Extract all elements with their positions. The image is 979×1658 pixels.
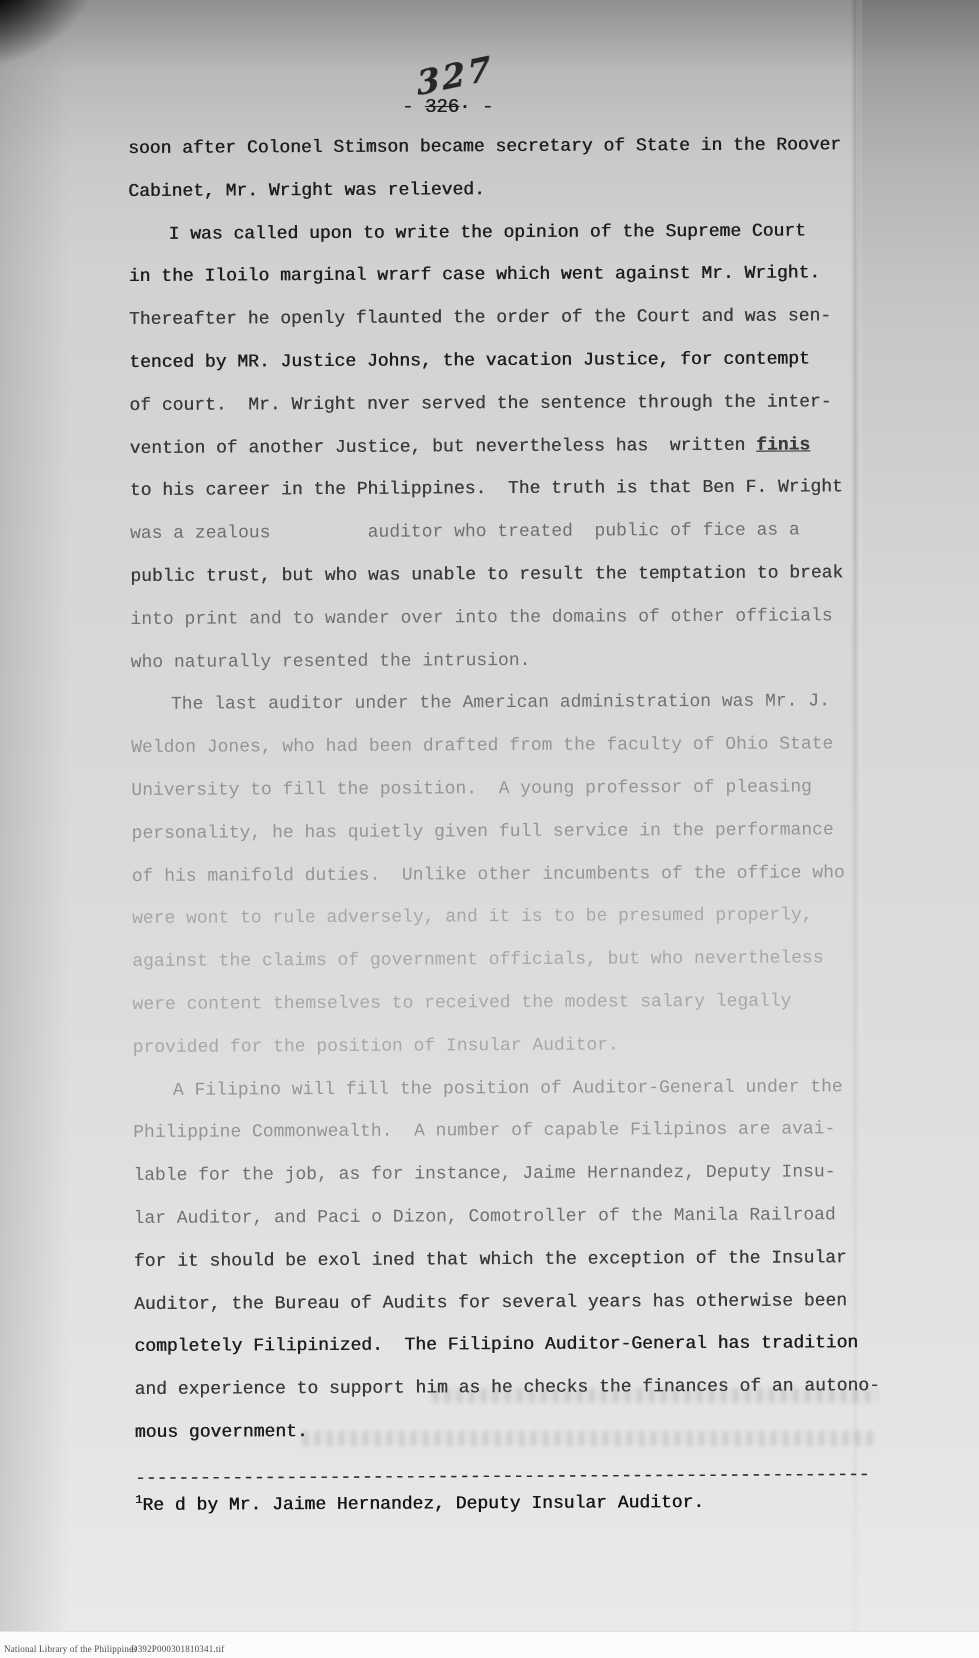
text-line: tenced by MR. Justice Johns, the vacatio…: [129, 349, 899, 396]
text-line: were wont to rule adversely, and it is t…: [132, 905, 902, 952]
text-line: of court. Mr. Wright nver served the sen…: [129, 392, 899, 439]
text-line: who naturally resented the intrusion.: [131, 649, 901, 696]
footnote-text: Re d by Mr. Jaime Hernandez, Deputy Insu…: [142, 1493, 704, 1516]
text-line: was a zealous auditor who treated public…: [130, 520, 900, 567]
text-line: personality, he has quietly given full s…: [132, 820, 902, 867]
text-line: were content themselves to received the …: [132, 991, 902, 1038]
library-name: National Library of the Philippines: [4, 1644, 137, 1654]
footnote: 1Re d by Mr. Jaime Hernandez, Deputy Ins…: [135, 1489, 905, 1516]
document-lines: soon after Colonel Stimson became secret…: [128, 135, 905, 1466]
text-line: in the Iloilo marginal wrarf case which …: [129, 263, 899, 310]
text-line: Philippine Commonwealth. A number of cap…: [133, 1119, 903, 1166]
text-line: for it should be exol ined that which th…: [134, 1248, 904, 1295]
ink-smudge: [302, 1431, 874, 1446]
typed-page-number-struck: 326: [425, 96, 459, 118]
text-line: Weldon Jones, who had been drafted from …: [131, 734, 901, 781]
text-line: Thereafter he openly flaunted the order …: [129, 306, 899, 353]
text-line: against the claims of government officia…: [132, 948, 902, 995]
text-line: The last auditor under the American admi…: [131, 691, 901, 738]
underlined-word: finis: [756, 435, 810, 455]
text-line: completely Filipinized. The Filipino Aud…: [134, 1333, 904, 1380]
typed-page-number: - 326· -: [402, 96, 493, 118]
text-line: public trust, but who was unable to resu…: [130, 563, 900, 610]
scan-footer-bar: National Library of the Philippines D392…: [0, 1631, 979, 1658]
text-line: Auditor, the Bureau of Audits for severa…: [134, 1290, 904, 1337]
document-body: soon after Colonel Stimson became secret…: [128, 135, 905, 1516]
text-line: lable for the job, as for instance, Jaim…: [133, 1162, 903, 1209]
text-line: soon after Colonel Stimson became secret…: [128, 135, 898, 182]
text-line: to his career in the Philippines. The tr…: [130, 477, 900, 524]
text-line: provided for the position of Insular Aud…: [133, 1034, 903, 1081]
text-line: University to fill the position. A young…: [131, 777, 901, 824]
text-segment: vention of another Justice, but neverthe…: [130, 435, 757, 458]
scanned-document-page: 327 - 326· - soon after Colonel Stimson …: [0, 0, 979, 1658]
text-line: of his manifold duties. Unlike other inc…: [132, 863, 902, 910]
footnote-separator-line: ----------------------------------------…: [135, 1465, 890, 1489]
scan-filename: D392P000301810341.tif: [131, 1644, 224, 1654]
text-line: I was called upon to write the opinion o…: [128, 221, 898, 268]
text-line: Cabinet, Mr. Wright was relieved.: [128, 178, 898, 225]
text-line: into print and to wander over into the d…: [130, 606, 900, 653]
ink-smudge: [432, 1388, 878, 1403]
typed-page-number-prefix: -: [402, 96, 425, 118]
text-line: vention of another Justice, but neverthe…: [130, 435, 900, 482]
text-line: A Filipino will fill the position of Aud…: [133, 1076, 903, 1123]
text-line: lar Auditor, and Paci o Dizon, Comotroll…: [134, 1205, 904, 1252]
typed-page-number-suffix: · -: [459, 96, 493, 118]
